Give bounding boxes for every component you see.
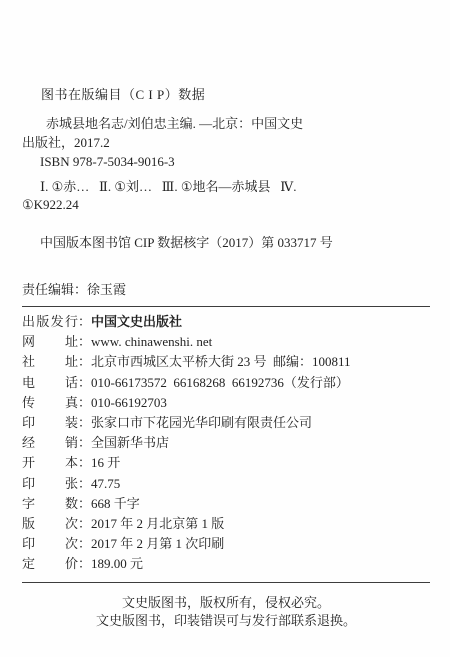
pub-row-value: 010-66173572 66168268 66192736（发行部） bbox=[91, 373, 349, 393]
pub-row-impression: 印次：2017 年 2 月第 1 次印刷 bbox=[22, 534, 430, 554]
pub-row-label: 印次 bbox=[22, 534, 78, 554]
pub-row-colon: ： bbox=[78, 312, 91, 332]
cip-entry-line2: 出版社，2017.2 bbox=[22, 133, 430, 152]
pub-row-format: 开本：16 开 bbox=[22, 453, 430, 473]
pub-row-colon: ： bbox=[78, 534, 91, 554]
pub-row-website: 网址：www. chinawenshi. net bbox=[22, 332, 430, 352]
pub-row-colon: ： bbox=[78, 554, 91, 574]
cip-record-number: 中国版本图书馆 CIP 数据核字（2017）第 033717 号 bbox=[22, 232, 430, 251]
cip-class-line2: ①K922.24 bbox=[22, 196, 430, 214]
pub-row-colon: ： bbox=[78, 373, 91, 393]
pub-row-value: 47.75 bbox=[91, 474, 120, 494]
pub-row-colon: ： bbox=[78, 474, 91, 494]
pub-row-colon: ： bbox=[78, 514, 91, 534]
pub-row-colon: ： bbox=[78, 453, 91, 473]
pub-row-sheets: 印张：47.75 bbox=[22, 474, 430, 494]
pub-row-value: 张家口市下花园光华印刷有限责任公司 bbox=[91, 413, 312, 433]
cip-entry: 赤城县地名志/刘伯忠主编. —北京：中国文史 出版社，2017.2 ISBN 9… bbox=[22, 114, 430, 171]
pub-row-publisher: 出版发行：中国文史出版社 bbox=[22, 312, 430, 332]
pub-row-address: 社址：北京市西城区太平桥大街 23 号 邮编：100811 bbox=[22, 352, 430, 372]
pub-row-value: 668 千字 bbox=[91, 494, 140, 514]
pub-row-label: 网址 bbox=[22, 332, 78, 352]
cip-classification: Ⅰ. ①赤… Ⅱ. ①刘… Ⅲ. ①地名—赤城县 Ⅳ. ①K922.24 bbox=[22, 178, 430, 214]
pub-row-value: 010-66192703 bbox=[91, 393, 167, 413]
cip-entry-line1: 赤城县地名志/刘伯忠主编. —北京：中国文史 bbox=[22, 114, 430, 133]
cip-title: 图书在版编目（C I P）数据 bbox=[22, 84, 430, 103]
copyright-notice-line1: 文史版图书，版权所有，侵权必究。 bbox=[22, 594, 430, 613]
pub-row-label: 字数 bbox=[22, 494, 78, 514]
pub-row-label: 开本 bbox=[22, 453, 78, 473]
pub-row-phone: 电话：010-66173572 66168268 66192736（发行部） bbox=[22, 373, 430, 393]
pub-row-label: 社址 bbox=[22, 352, 78, 372]
pub-row-colon: ： bbox=[78, 352, 91, 372]
pub-row-value: 189.00 元 bbox=[91, 554, 143, 574]
pub-row-colon: ： bbox=[78, 494, 91, 514]
pub-row-value: 北京市西城区太平桥大街 23 号 邮编：100811 bbox=[91, 352, 351, 372]
pub-row-label: 电话 bbox=[22, 373, 78, 393]
pub-row-colon: ： bbox=[78, 332, 91, 352]
pub-row-value: 全国新华书店 bbox=[91, 433, 169, 453]
pub-row-fax: 传真：010-66192703 bbox=[22, 393, 430, 413]
copyright-notice: 文史版图书，版权所有，侵权必究。 文史版图书，印装错误可与发行部联系退换。 bbox=[22, 594, 430, 631]
pub-row-label: 出版发行 bbox=[22, 312, 78, 332]
pub-row-label: 印张 bbox=[22, 474, 78, 494]
editor-colon: ： bbox=[74, 280, 87, 299]
pub-row-colon: ： bbox=[78, 413, 91, 433]
pub-row-value: 2017 年 2 月北京第 1 版 bbox=[91, 514, 224, 534]
pub-row-label: 传真 bbox=[22, 393, 78, 413]
pub-row-label: 印装 bbox=[22, 413, 78, 433]
copyright-notice-line2: 文史版图书，印装错误可与发行部联系退换。 bbox=[22, 612, 430, 631]
pub-row-distributor: 经销：全国新华书店 bbox=[22, 433, 430, 453]
pub-row-colon: ： bbox=[78, 393, 91, 413]
responsible-editor-row: 责任编辑：徐玉霞 bbox=[22, 280, 430, 299]
pub-row-label: 版次 bbox=[22, 514, 78, 534]
separator-bottom bbox=[22, 582, 430, 583]
pub-row-value: 16 开 bbox=[91, 453, 120, 473]
separator-top bbox=[22, 306, 430, 307]
editor-label: 责任编辑 bbox=[22, 280, 74, 299]
copyright-page: 图书在版编目（C I P）数据 赤城县地名志/刘伯忠主编. —北京：中国文史 出… bbox=[0, 0, 450, 657]
isbn-line: ISBN 978-7-5034-9016-3 bbox=[22, 152, 430, 171]
pub-row-label: 经销 bbox=[22, 433, 78, 453]
pub-row-value: 中国文史出版社 bbox=[91, 312, 182, 332]
pub-row-value: 2017 年 2 月第 1 次印刷 bbox=[91, 534, 224, 554]
pub-row-value: www. chinawenshi. net bbox=[91, 332, 212, 352]
pub-row-edition: 版次：2017 年 2 月北京第 1 版 bbox=[22, 514, 430, 534]
publication-info: 出版发行：中国文史出版社 网址：www. chinawenshi. net 社址… bbox=[22, 312, 430, 575]
pub-row-printer: 印装：张家口市下花园光华印刷有限责任公司 bbox=[22, 413, 430, 433]
pub-row-label: 定价 bbox=[22, 554, 78, 574]
pub-row-price: 定价：189.00 元 bbox=[22, 554, 430, 574]
editor-name: 徐玉霞 bbox=[87, 280, 126, 299]
pub-row-colon: ： bbox=[78, 433, 91, 453]
cip-class-line1: Ⅰ. ①赤… Ⅱ. ①刘… Ⅲ. ①地名—赤城县 Ⅳ. bbox=[22, 178, 430, 196]
pub-row-wordcount: 字数：668 千字 bbox=[22, 494, 430, 514]
